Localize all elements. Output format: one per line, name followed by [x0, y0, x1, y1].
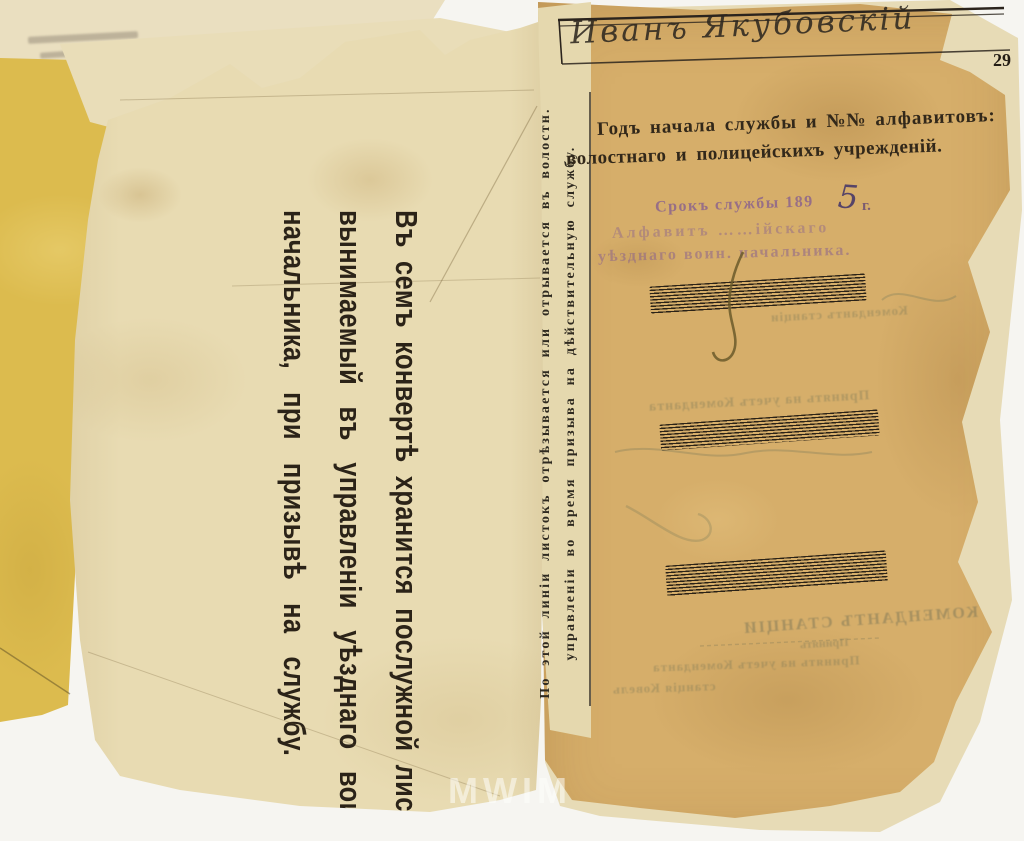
- envelope-printed-text: Въ семъ конвертѣ хранится послужной лист…: [256, 152, 434, 798]
- fold-strip-line: По этой линіи листокъ отрѣзывается или о…: [533, 92, 558, 714]
- scanned-document: { "scan": { "page_number": "29", "waterm…: [0, 0, 1024, 841]
- envelope-text-line: Въ семъ конвертѣ хранится послужной лист…: [378, 210, 434, 740]
- year-suffix: г.: [862, 198, 871, 215]
- watermark: MWIM: [448, 770, 572, 812]
- envelope-text-line: начальника, при призывѣ на службу.: [266, 210, 322, 740]
- handwritten-year-digit: 5: [837, 177, 860, 216]
- fold-strip-line: управленіи во время призыва на дѣйствите…: [558, 92, 583, 714]
- envelope-text-line: вынимаемый въ управленіи уѣзднаго воинск…: [322, 210, 378, 740]
- envelope: Въ семъ конвертѣ хранится послужной лист…: [60, 20, 550, 820]
- fold-strip-caption: По этой линіи листокъ отрѣзывается или о…: [533, 92, 585, 714]
- page-number: 29: [993, 50, 1011, 71]
- bleedthrough-text: Принять: [800, 635, 849, 653]
